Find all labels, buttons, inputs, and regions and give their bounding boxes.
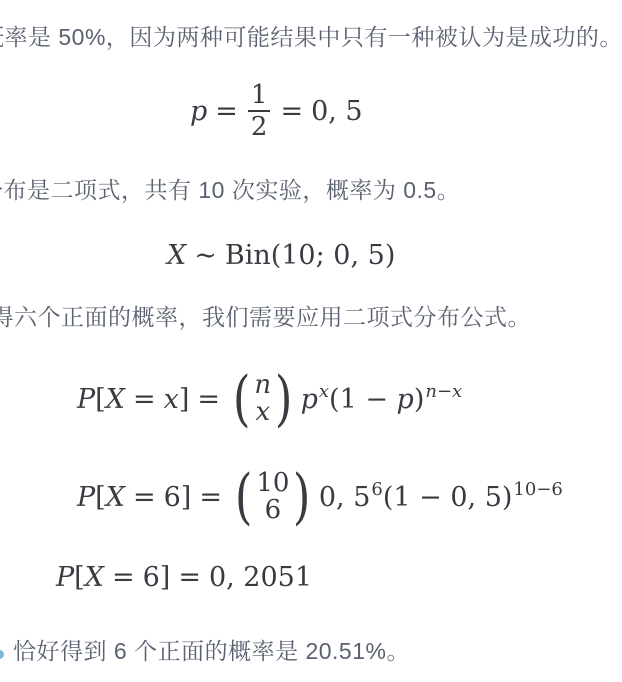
binomial-coefficient-n-x: ( nx ) — [230, 369, 296, 429]
equals-sign: = — [280, 96, 303, 127]
fraction-denominator: 2 — [248, 114, 271, 140]
big-left-paren: ( — [235, 467, 253, 527]
document-page: 概率是 50%，因为两种可能结果中只有一种被认为是成功的。 p= 1 2 =0,… — [0, 0, 622, 682]
big-left-paren: ( — [233, 369, 251, 429]
open-bracket: [ — [95, 482, 106, 513]
var-X: X — [106, 384, 125, 415]
tilde-sign: ∼ — [194, 240, 217, 271]
var-P: P — [77, 482, 95, 513]
var-X: X — [167, 240, 186, 271]
equals-sign: = — [215, 96, 238, 127]
equals-sign: = — [178, 562, 201, 593]
formula-rhs: px(1 − p)n−x — [301, 384, 463, 415]
var-X: X — [106, 482, 125, 513]
var-p: p — [190, 96, 207, 127]
equals-sign: = — [133, 482, 156, 513]
open-bracket: [ — [95, 384, 106, 415]
var-P: P — [77, 384, 95, 415]
paragraph-distribution-binomial: 分布是二项式，共有 10 次实验，概率为 0.5。 — [0, 176, 460, 204]
binom-bottom-x: x — [255, 399, 270, 426]
equals-sign: = — [133, 384, 156, 415]
binom-top-n: n — [254, 372, 271, 399]
bin-function: Bin(10; 0, 5) — [225, 240, 396, 271]
var-P: P — [56, 562, 74, 593]
formula-lhs: P[X=x]= — [77, 384, 228, 415]
paragraph-probability-intro: 概率是 50%，因为两种可能结果中只有一种被认为是成功的。 — [0, 23, 622, 51]
binomial-stack: 106 — [256, 470, 289, 524]
value-six: 6 — [164, 482, 181, 513]
bullet-conclusion-text: 恰好得到 6 个正面的概率是 20.51%。 — [13, 637, 410, 665]
equals-sign: = — [199, 482, 222, 513]
var-p: p — [397, 384, 414, 415]
binom-top-10: 10 — [256, 470, 289, 497]
formula-x-bin-distribution: X ∼ Bin(10; 0, 5) — [167, 238, 395, 272]
var-p: p — [301, 384, 318, 415]
var-X: X — [85, 562, 104, 593]
formula-p-equals-one-half: p= 1 2 =0, 5 — [190, 80, 363, 142]
close-paren: ) — [414, 384, 425, 415]
formula-lhs: p= — [190, 96, 246, 127]
var-x: x — [164, 384, 179, 415]
binomial-stack: nx — [254, 372, 271, 426]
equals-sign: = — [197, 384, 220, 415]
formula-lhs: P[X=6]= — [77, 482, 230, 513]
bullet-dot — [0, 650, 4, 659]
one-minus-half: (1 − 0, 5) — [383, 482, 513, 513]
paragraph-apply-formula: 获得六个正面的概率，我们需要应用二项式分布公式。 — [0, 303, 531, 331]
formula-rhs: 0, 56(1 − 0, 5)10−6 — [319, 482, 563, 513]
exponent-n-minus-x: n−x — [425, 381, 462, 402]
formula-lhs: P[X=6]= — [56, 562, 209, 593]
fraction-one-half: 1 2 — [248, 82, 271, 140]
close-bracket: ] — [160, 562, 171, 593]
binomial-coefficient-10-6: ( 106 ) — [232, 467, 314, 527]
value-half: 0, 5 — [319, 482, 371, 513]
one-minus-open: (1 − — [329, 384, 397, 415]
fraction-numerator: 1 — [248, 82, 271, 108]
open-bracket: [ — [74, 562, 85, 593]
exponent-10-minus-6: 10−6 — [513, 479, 562, 500]
exponent-six: 6 — [371, 479, 382, 500]
big-right-paren: ) — [275, 369, 293, 429]
close-bracket: ] — [179, 384, 190, 415]
formula-result: P[X=6]= 0, 2051 — [56, 560, 312, 594]
equals-sign: = — [112, 562, 135, 593]
result-value: 0, 2051 — [209, 562, 312, 593]
formula-binomial-applied: P[X=6]= ( 106 ) 0, 56(1 − 0, 5)10−6 — [77, 466, 563, 528]
exponent-x: x — [319, 381, 329, 402]
formula-rhs: =0, 5 — [272, 96, 362, 127]
binom-bottom-6: 6 — [265, 497, 282, 524]
value-six: 6 — [143, 562, 160, 593]
close-bracket: ] — [181, 482, 192, 513]
big-right-paren: ) — [293, 467, 311, 527]
formula-binomial-general: P[X=x]= ( nx ) px(1 − p)n−x — [77, 368, 462, 430]
value-zero-point-five: 0, 5 — [311, 96, 363, 127]
